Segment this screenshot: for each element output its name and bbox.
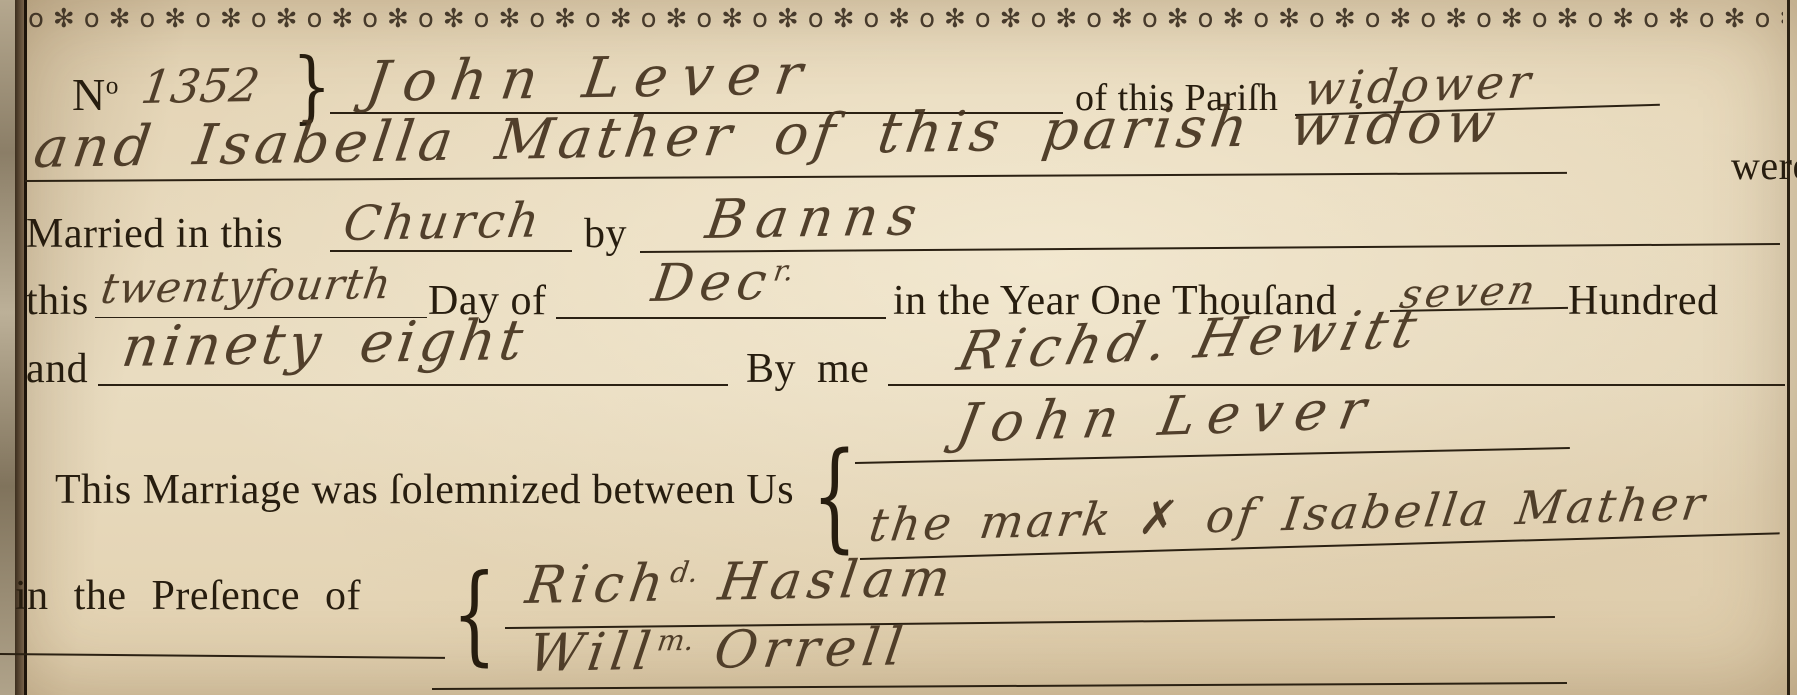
married-in-this-printed: Married in this (26, 210, 283, 258)
witness2-signature: Willm. Orrell (525, 617, 912, 684)
witness1-rest: Haslam (715, 549, 960, 613)
entry-number-label: No (72, 68, 118, 121)
by-me-printed: By me (746, 345, 869, 393)
witness2-name: Will (525, 622, 660, 684)
bride-mark-pre: the mark (866, 492, 1117, 552)
day-handwriting: twentyfourth (98, 259, 395, 313)
bride-mark-handwriting: the mark ✗ of Isabella Mather (866, 476, 1711, 552)
were-printed: were (1731, 142, 1797, 189)
solemnized-brace: { (812, 426, 857, 564)
bride-mark-post: of Isabella Mather (1203, 476, 1711, 543)
groom-signature-handwriting: John Lever (952, 377, 1383, 455)
rule-year-tens (98, 384, 728, 386)
and-printed: and (26, 345, 88, 393)
banns-handwriting: Banns (702, 184, 931, 251)
this-printed: this (26, 277, 89, 325)
right-margin-rule (1787, 0, 1790, 695)
bride-mark-x-icon: ✗ (1136, 490, 1185, 545)
marriage-register-page: o✻o✻o✻o✻o✻o✻o✻o✻o✻o✻o✻o✻o✻o✻o✻o✻o✻o✻o✻o✻… (0, 0, 1797, 695)
witness1-sup: d. (668, 555, 700, 589)
rule-bottom-left (0, 653, 445, 659)
solemnized-printed: This Marriage was ſolemnized between Us (55, 466, 794, 514)
presence-printed: in the Preſence of (15, 572, 361, 620)
witness2-rest: Orrell (711, 617, 912, 680)
church-handwriting: Church (340, 193, 546, 252)
witness2-sup: m. (655, 623, 696, 658)
presence-brace: { (452, 552, 497, 677)
month-main: Dec (648, 252, 776, 314)
year-tens-handwriting: ninety eight (118, 308, 531, 380)
hundred-printed: Hundred (1568, 277, 1718, 325)
book-binding-edge (0, 0, 15, 695)
entry-number-sup: o (106, 72, 119, 100)
by-printed: by (584, 210, 627, 258)
rule-witness2 (432, 682, 1567, 690)
entry-number-prefix: N (72, 69, 106, 120)
month-sup: r. (771, 253, 795, 287)
entry-number-value: 1352 (138, 58, 263, 114)
month-handwriting: Decr. (648, 252, 796, 314)
witness1-signature: Richd. Haslam (522, 549, 960, 616)
rule-month (556, 317, 886, 319)
witness1-name: Rich (522, 554, 673, 616)
